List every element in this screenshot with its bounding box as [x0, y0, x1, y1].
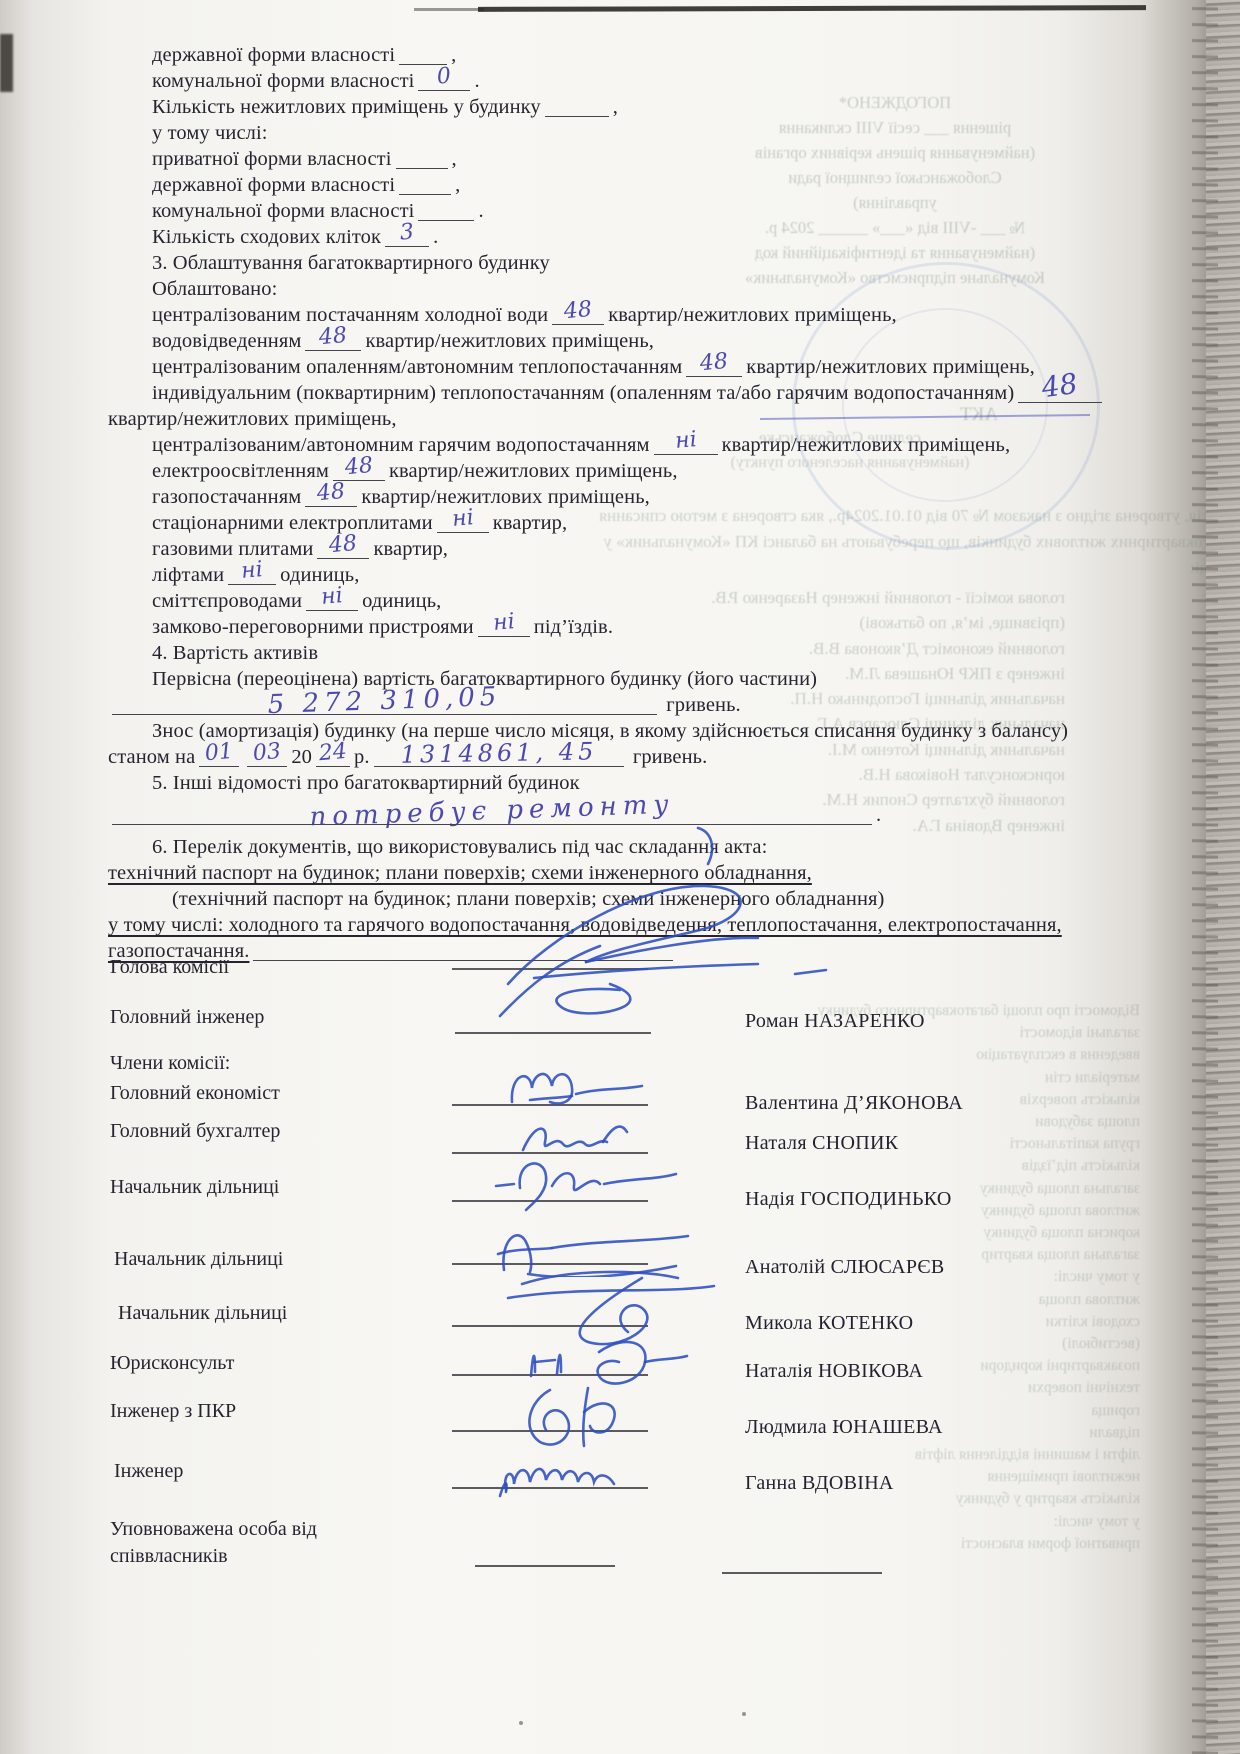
fill-in-blank: 01: [199, 747, 239, 767]
line-text: 5. Інші відомості про багатоквартирний б…: [152, 772, 580, 794]
signer-role: Начальник дільниці: [114, 1248, 283, 1271]
signature-scribble-chief-engineer: [490, 866, 840, 1026]
signer-role: Члени комісії:: [110, 1052, 230, 1075]
line-text: державної форми власності: [152, 44, 395, 66]
signer-name: Наталія НОВІКОВА: [745, 1360, 923, 1383]
line-text: 4. Вартість активів: [152, 642, 318, 664]
form-line: Кількість нежитлових приміщень у будинку…: [108, 94, 1236, 120]
line-text: Облаштовано:: [152, 278, 277, 300]
line-text: комунальної форми власності: [152, 70, 414, 92]
form-line: індивідуальним (поквартирним) теплопоста…: [108, 380, 1236, 406]
form-line: централізованим/автономним гарячим водоп…: [108, 432, 1236, 458]
signer-name: Микола КОТЕНКО: [745, 1312, 913, 1335]
line-text: 6. Перелік документів, що використовувал…: [152, 836, 767, 858]
fill-in-blank: [545, 97, 609, 117]
section-heading: 3. Облаштування багатоквартирного будинк…: [108, 250, 1236, 276]
form-line: ліфтаминіодиниць,: [108, 562, 1236, 588]
handwritten-value: 48: [304, 478, 358, 508]
fill-in-blank: ні: [437, 513, 489, 533]
form-line: замково-переговорними пристрояминіпід’їз…: [108, 614, 1236, 640]
line-text: водовідведенням: [152, 330, 301, 352]
fill-in-blank: ні: [228, 565, 276, 585]
fill-in-blank: 48: [333, 461, 385, 481]
handwritten-value: ні: [436, 504, 490, 534]
line-text: квартир/нежитлових приміщень,: [361, 486, 650, 508]
signer-role: Головний економіст: [110, 1082, 280, 1105]
line-text: замково-переговорними пристроями: [152, 616, 474, 638]
line-text: ,: [455, 174, 460, 196]
fill-in-blank: 5 272 310,05: [112, 695, 657, 715]
fill-in-blank: потребує ремонту: [112, 805, 872, 825]
form-line: газовими плитами48квартир,: [108, 536, 1236, 562]
form-line: державної форми власності,: [108, 172, 1236, 198]
line-text: газовими плитами: [152, 538, 313, 560]
fill-in-blank: 48: [305, 331, 361, 351]
line-text: комунальної форми власності: [152, 200, 414, 222]
signer-role: Інженер: [114, 1460, 183, 1483]
line-text: централізованим/автономним гарячим водоп…: [152, 434, 650, 456]
handwritten-value: 1314861, 45: [373, 738, 623, 768]
line-text: індивідуальним (поквартирним) теплопоста…: [152, 382, 1014, 404]
line-text: гривень.: [633, 746, 708, 768]
line-text: у тому числі:: [152, 122, 268, 144]
fill-in-blank: [399, 175, 451, 195]
form-line: стаціонарними електроплитаминіквартир,: [108, 510, 1236, 536]
fill-in-blank: 48: [317, 539, 369, 559]
line-text: .: [876, 804, 881, 826]
bleed-line: у тому числі:: [560, 1511, 1140, 1533]
form-line: Первісна (переоцінена) вартість багатокв…: [108, 666, 1236, 692]
form-line: Кількість сходових кліток3.: [108, 224, 1236, 250]
wear-line: станом на01032024р.1314861, 45 гривень.: [108, 744, 1236, 770]
line-text: електроосвітленням: [152, 460, 329, 482]
handwritten-value: ні: [227, 556, 277, 586]
scan-artifact-top-line: [478, 5, 1146, 12]
handwritten-value: 03: [246, 738, 288, 767]
form-line: водовідведенням48квартир/нежитлових прим…: [108, 328, 1236, 354]
handwritten-value: 48: [316, 530, 370, 560]
form-line: Облаштовано:: [108, 276, 1236, 302]
handwritten-value: 3: [384, 218, 430, 248]
line-text: квартир/нежитлових приміщень,: [608, 304, 897, 326]
section-heading: 6. Перелік документів, що використовувал…: [108, 834, 1236, 860]
fill-in-blank: 48: [686, 357, 742, 377]
line-text: одиниць,: [362, 590, 441, 612]
signer-role: Головний інженер: [110, 1006, 264, 1029]
signer-name: Наталя СНОПИК: [745, 1132, 898, 1155]
line-text: .: [433, 226, 438, 248]
line-text: р.: [354, 746, 370, 768]
scan-speck: [742, 1712, 746, 1716]
form-line: комунальної форми власності.: [108, 198, 1236, 224]
handwritten-value: 24: [315, 739, 351, 768]
signer-role: Інженер з ПКР: [110, 1400, 236, 1423]
bleed-line: приватної форми власності: [560, 1533, 1140, 1555]
signature-line: [475, 1565, 615, 1567]
line-text: приватної форми власності: [152, 148, 392, 170]
scan-artifact-left-edge: [0, 34, 13, 92]
line-text: станом на: [108, 746, 195, 768]
handwritten-value: ні: [653, 425, 719, 456]
fill-in-blank: 48: [1018, 383, 1102, 403]
form-line: газопостачанням48квартир/нежитлових прим…: [108, 484, 1236, 510]
line-text: централізованим опаленням/автономним теп…: [152, 356, 682, 378]
handwritten-value: 0: [417, 62, 471, 92]
signer-role: Головний бухгалтер: [110, 1120, 280, 1143]
handwritten-value: 48: [332, 452, 386, 482]
signer-role: Начальник дільниці: [118, 1302, 287, 1325]
signer-role: Юрисконсульт: [110, 1352, 234, 1375]
line-text: .: [478, 200, 483, 222]
form-line: сміттєпроводаминіодиниць,: [108, 588, 1236, 614]
line-text: гривень.: [666, 694, 741, 716]
line-text: Кількість сходових кліток: [152, 226, 381, 248]
form-line: державної форми власності,: [108, 42, 1236, 68]
line-text: 20: [291, 746, 312, 768]
scan-artifact-top-line-2: [414, 8, 484, 11]
line-text: Кількість нежитлових приміщень у будинку: [152, 96, 541, 118]
fill-in-blank: [399, 45, 447, 65]
fill-in-blank: 48: [552, 305, 604, 325]
signer-name: Людмила ЮНАШЕВА: [745, 1416, 943, 1439]
line-text: квартир/нежитлових приміщень,: [365, 330, 654, 352]
scanned-document: { "doc": { "lines": [ {"pre": "державної…: [0, 0, 1240, 1754]
signer-role: Уповноважена особа від співвласників: [110, 1516, 360, 1570]
value-line: 5 272 310,05 гривень.: [108, 692, 1236, 718]
signature-scribble-engineer: [498, 1438, 678, 1498]
other-info-line: потребує ремонту.: [108, 802, 1236, 828]
line-text: газопостачанням: [152, 486, 301, 508]
signature-line: [455, 1032, 651, 1034]
line-text: .: [474, 70, 479, 92]
signer-name: Анатолій СЛЮСАРЄВ: [745, 1256, 944, 1279]
fill-in-blank: 48: [305, 487, 357, 507]
fill-in-blank: ні: [306, 591, 358, 611]
line-text: квартир/нежитлових приміщень,: [746, 356, 1035, 378]
fill-in-blank: [396, 149, 448, 169]
signer-name: Валентина Д’ЯКОНОВА: [745, 1092, 963, 1115]
signer-name: Ганна ВДОВІНА: [745, 1472, 894, 1495]
form-line: централізованим постачанням холодної вод…: [108, 302, 1236, 328]
line-text: під’їздів.: [534, 616, 613, 638]
section-heading: 4. Вартість активів: [108, 640, 1236, 666]
form-line: електроосвітленням48квартир/нежитлових п…: [108, 458, 1236, 484]
handwritten-value: ні: [477, 608, 531, 638]
form-line: комунальної форми власності0.: [108, 68, 1236, 94]
fill-in-blank: ні: [478, 617, 530, 637]
fill-in-blank: 1314861, 45: [374, 747, 624, 767]
fill-in-blank: 0: [418, 71, 470, 91]
line-text: ,: [452, 148, 457, 170]
handwritten-value: 48: [551, 296, 605, 326]
line-text: державної форми власності: [152, 174, 395, 196]
line-text: сміттєпроводами: [152, 590, 302, 612]
scanned-page: ПОГОДЖЕНО*рішення ___ сесії VIII скликан…: [0, 0, 1240, 1754]
line-text: квартир/нежитлових приміщень,: [389, 460, 678, 482]
handwritten-value: ні: [305, 582, 359, 612]
form-line: приватної форми власності,: [108, 146, 1236, 172]
line-text: ліфтами: [152, 564, 224, 586]
handwritten-value: 48: [304, 322, 362, 353]
handwritten-value: 01: [198, 738, 240, 767]
signature-line: [722, 1572, 882, 1574]
signer-role: Голова комісії: [110, 956, 229, 979]
line-text: квартир/нежитлових приміщень,: [722, 434, 1011, 456]
fill-in-blank: ні: [654, 435, 718, 455]
scan-speck: [519, 1721, 523, 1725]
line-text: стаціонарними електроплитами: [152, 512, 433, 534]
fill-in-blank: 24: [316, 747, 350, 767]
signature-scribble-foreman-1: [492, 1152, 682, 1214]
fill-in-blank: 03: [247, 747, 287, 767]
line-text: ,: [613, 96, 618, 118]
line-text: квартир,: [373, 538, 448, 560]
signer-role: Начальник дільниці: [110, 1176, 279, 1199]
line-text: квартир/нежитлових приміщень,: [108, 408, 397, 430]
book-page-stack-lines: [1192, 0, 1218, 1754]
line-text: 3. Облаштування багатоквартирного будинк…: [152, 252, 550, 274]
form-line: у тому числі:: [108, 120, 1236, 146]
line-text: квартир,: [493, 512, 568, 534]
pen-mark: [686, 824, 716, 868]
document-body: державної форми власності, комунальної ф…: [108, 42, 1236, 964]
handwritten-value: 48: [685, 348, 743, 379]
fill-in-blank: 3: [385, 227, 429, 247]
signer-name: Надія ГОСПОДИНЬКО: [745, 1188, 952, 1211]
